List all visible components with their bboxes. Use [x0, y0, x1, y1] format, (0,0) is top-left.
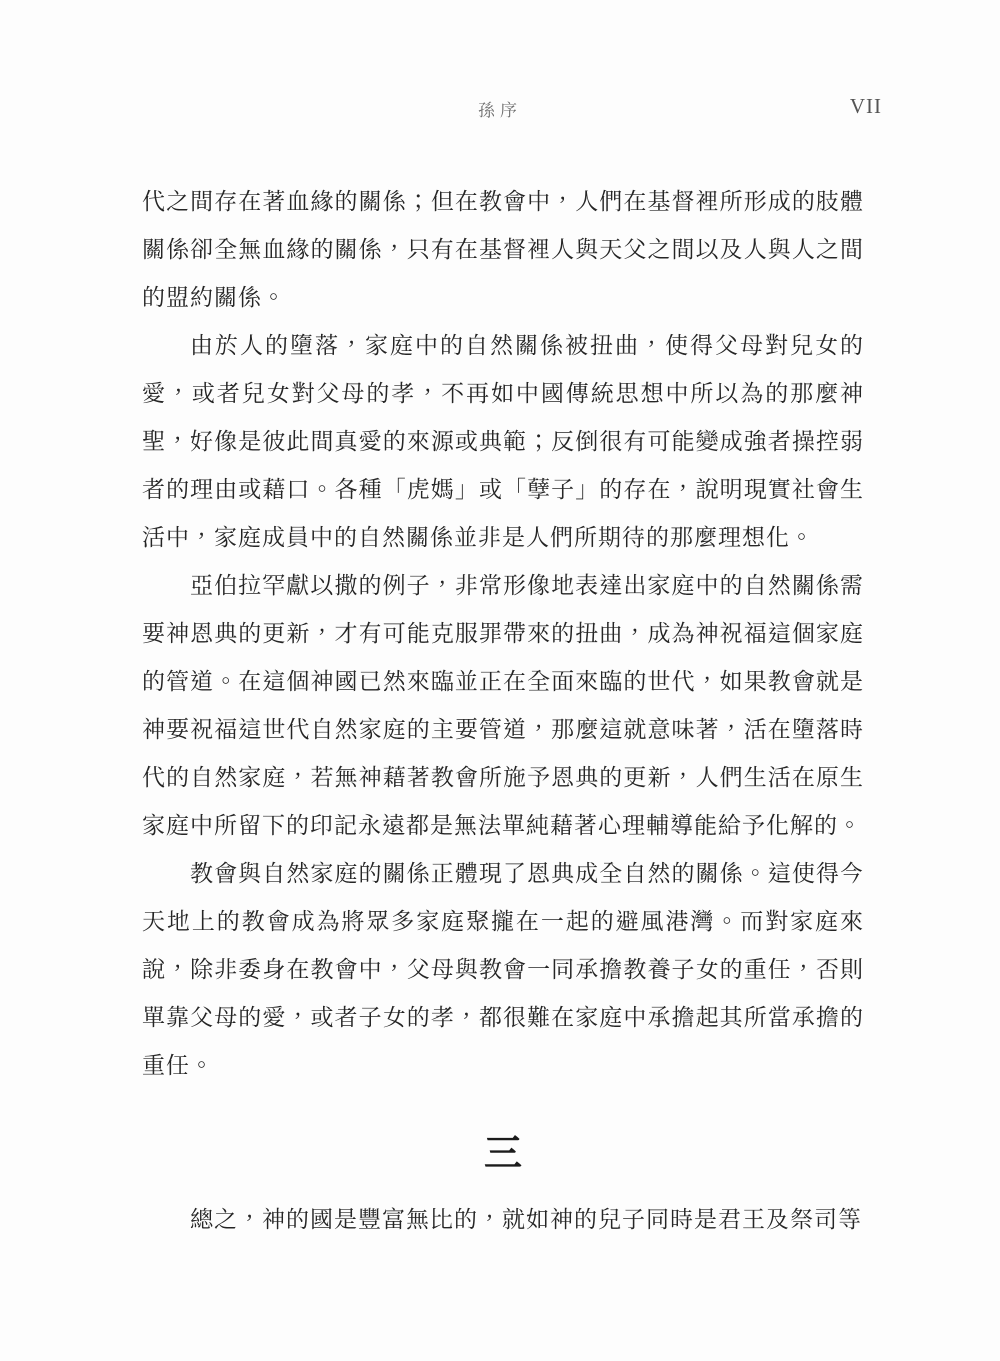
running-header: 孫序 VII: [0, 96, 1000, 120]
book-page: 孫序 VII 代之間存在著血緣的關係；但在教會中，人們在基督裡所形成的肢體關係卻…: [0, 0, 1000, 1361]
paragraph-continuation: 代之間存在著血緣的關係；但在教會中，人們在基督裡所形成的肢體關係卻全無血緣的關係…: [142, 178, 864, 322]
section-heading: 三: [142, 1130, 864, 1178]
paragraph: 總之，神的國是豐富無比的，就如神的兒子同時是君王及祭司等: [142, 1196, 864, 1244]
page-number: VII: [850, 94, 882, 119]
page-body-text: 代之間存在著血緣的關係；但在教會中，人們在基督裡所形成的肢體關係卻全無血緣的關係…: [142, 178, 864, 1244]
paragraph: 由於人的墮落，家庭中的自然關係被扭曲，使得父母對兒女的愛，或者兒女對父母的孝，不…: [142, 322, 864, 562]
paragraph: 教會與自然家庭的關係正體現了恩典成全自然的關係。這使得今天地上的教會成為將眾多家…: [142, 850, 864, 1090]
running-header-chapter-title: 孫序: [478, 96, 522, 121]
paragraph: 亞伯拉罕獻以撒的例子，非常形像地表達出家庭中的自然關係需要神恩典的更新，才有可能…: [142, 562, 864, 850]
